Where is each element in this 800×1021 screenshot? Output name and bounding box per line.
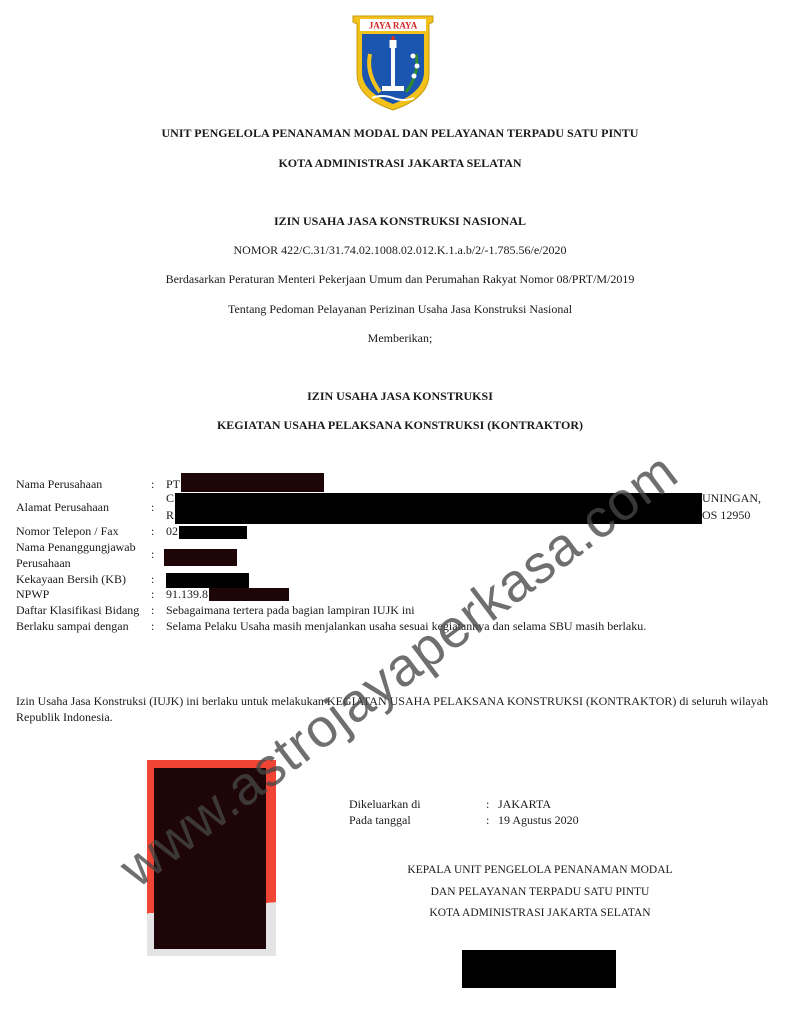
redaction-bar <box>175 493 702 524</box>
field-label-net-worth: Kekayaan Bersih (KB) <box>16 572 126 587</box>
svg-text:JAYA RAYA: JAYA RAYA <box>369 21 418 31</box>
redaction-bar <box>166 573 249 588</box>
field-label-responsible-person: Nama Penanggungjawab <box>16 540 136 555</box>
photo-frame <box>147 760 276 956</box>
jakarta-coat-of-arms-icon: JAYA RAYA <box>350 14 436 112</box>
issued-date-value: 19 Agustus 2020 <box>498 813 579 828</box>
issued-place-value: JAKARTA <box>498 797 551 812</box>
issued-date-label: Pada tanggal <box>349 813 411 828</box>
legal-basis: Berdasarkan Peraturan Menteri Pekerjaan … <box>0 272 800 287</box>
grants-text: Memberikan; <box>0 331 800 346</box>
field-label-phone: Nomor Telepon / Fax <box>16 524 119 539</box>
signatory-title-line1: KEPALA UNIT PENGELOLA PENANAMAN MODAL <box>380 864 700 876</box>
redaction-bar <box>209 588 289 601</box>
signatory-title-line3: KOTA ADMINISTRASI JAKARTA SELATAN <box>380 907 700 919</box>
issuing-agency: UNIT PENGELOLA PENANAMAN MODAL DAN PELAY… <box>0 126 800 141</box>
field-label-address: Alamat Perusahaan <box>16 500 109 515</box>
field-label-company-name: Nama Perusahaan <box>16 477 102 492</box>
license-category: KEGIATAN USAHA PELAKSANA KONSTRUKSI (KON… <box>0 418 800 433</box>
license-title: IZIN USAHA JASA KONSTRUKSI <box>0 389 800 404</box>
issuing-city: KOTA ADMINISTRASI JAKARTA SELATAN <box>0 156 800 171</box>
redaction-bar <box>181 473 324 492</box>
redacted-signature <box>462 950 616 988</box>
document-number: NOMOR 422/C.31/31.74.02.1008.02.012.K.1.… <box>0 243 800 258</box>
field-value-classification: Sebagaimana tertera pada bagian lampiran… <box>166 603 415 618</box>
field-value-company-name: PT <box>166 477 180 492</box>
issued-place-label: Dikeluarkan di <box>349 797 421 812</box>
document-title: IZIN USAHA JASA KONSTRUKSI NASIONAL <box>0 214 800 229</box>
redacted-photo <box>154 768 266 949</box>
field-value-phone: 02 <box>166 524 178 539</box>
field-label-npwp: NPWP <box>16 587 49 602</box>
validity-statement: Izin Usaha Jasa Konstruksi (IUJK) ini be… <box>16 694 768 709</box>
field-value-validity: Selama Pelaku Usaha masih menjalankan us… <box>166 619 646 634</box>
field-label-classification: Daftar Klasifikasi Bidang <box>16 603 139 618</box>
signatory-title-line2: DAN PELAYANAN TERPADU SATU PINTU <box>380 886 700 898</box>
field-label-validity: Berlaku sampai dengan <box>16 619 129 634</box>
validity-statement-line2: Republik Indonesia. <box>16 710 113 725</box>
redaction-bar <box>179 526 247 539</box>
redaction-bar <box>164 549 237 566</box>
field-value-npwp: 91.139.8 <box>166 587 208 602</box>
legal-basis-subject: Tentang Pedoman Pelayanan Perizinan Usah… <box>0 302 800 317</box>
